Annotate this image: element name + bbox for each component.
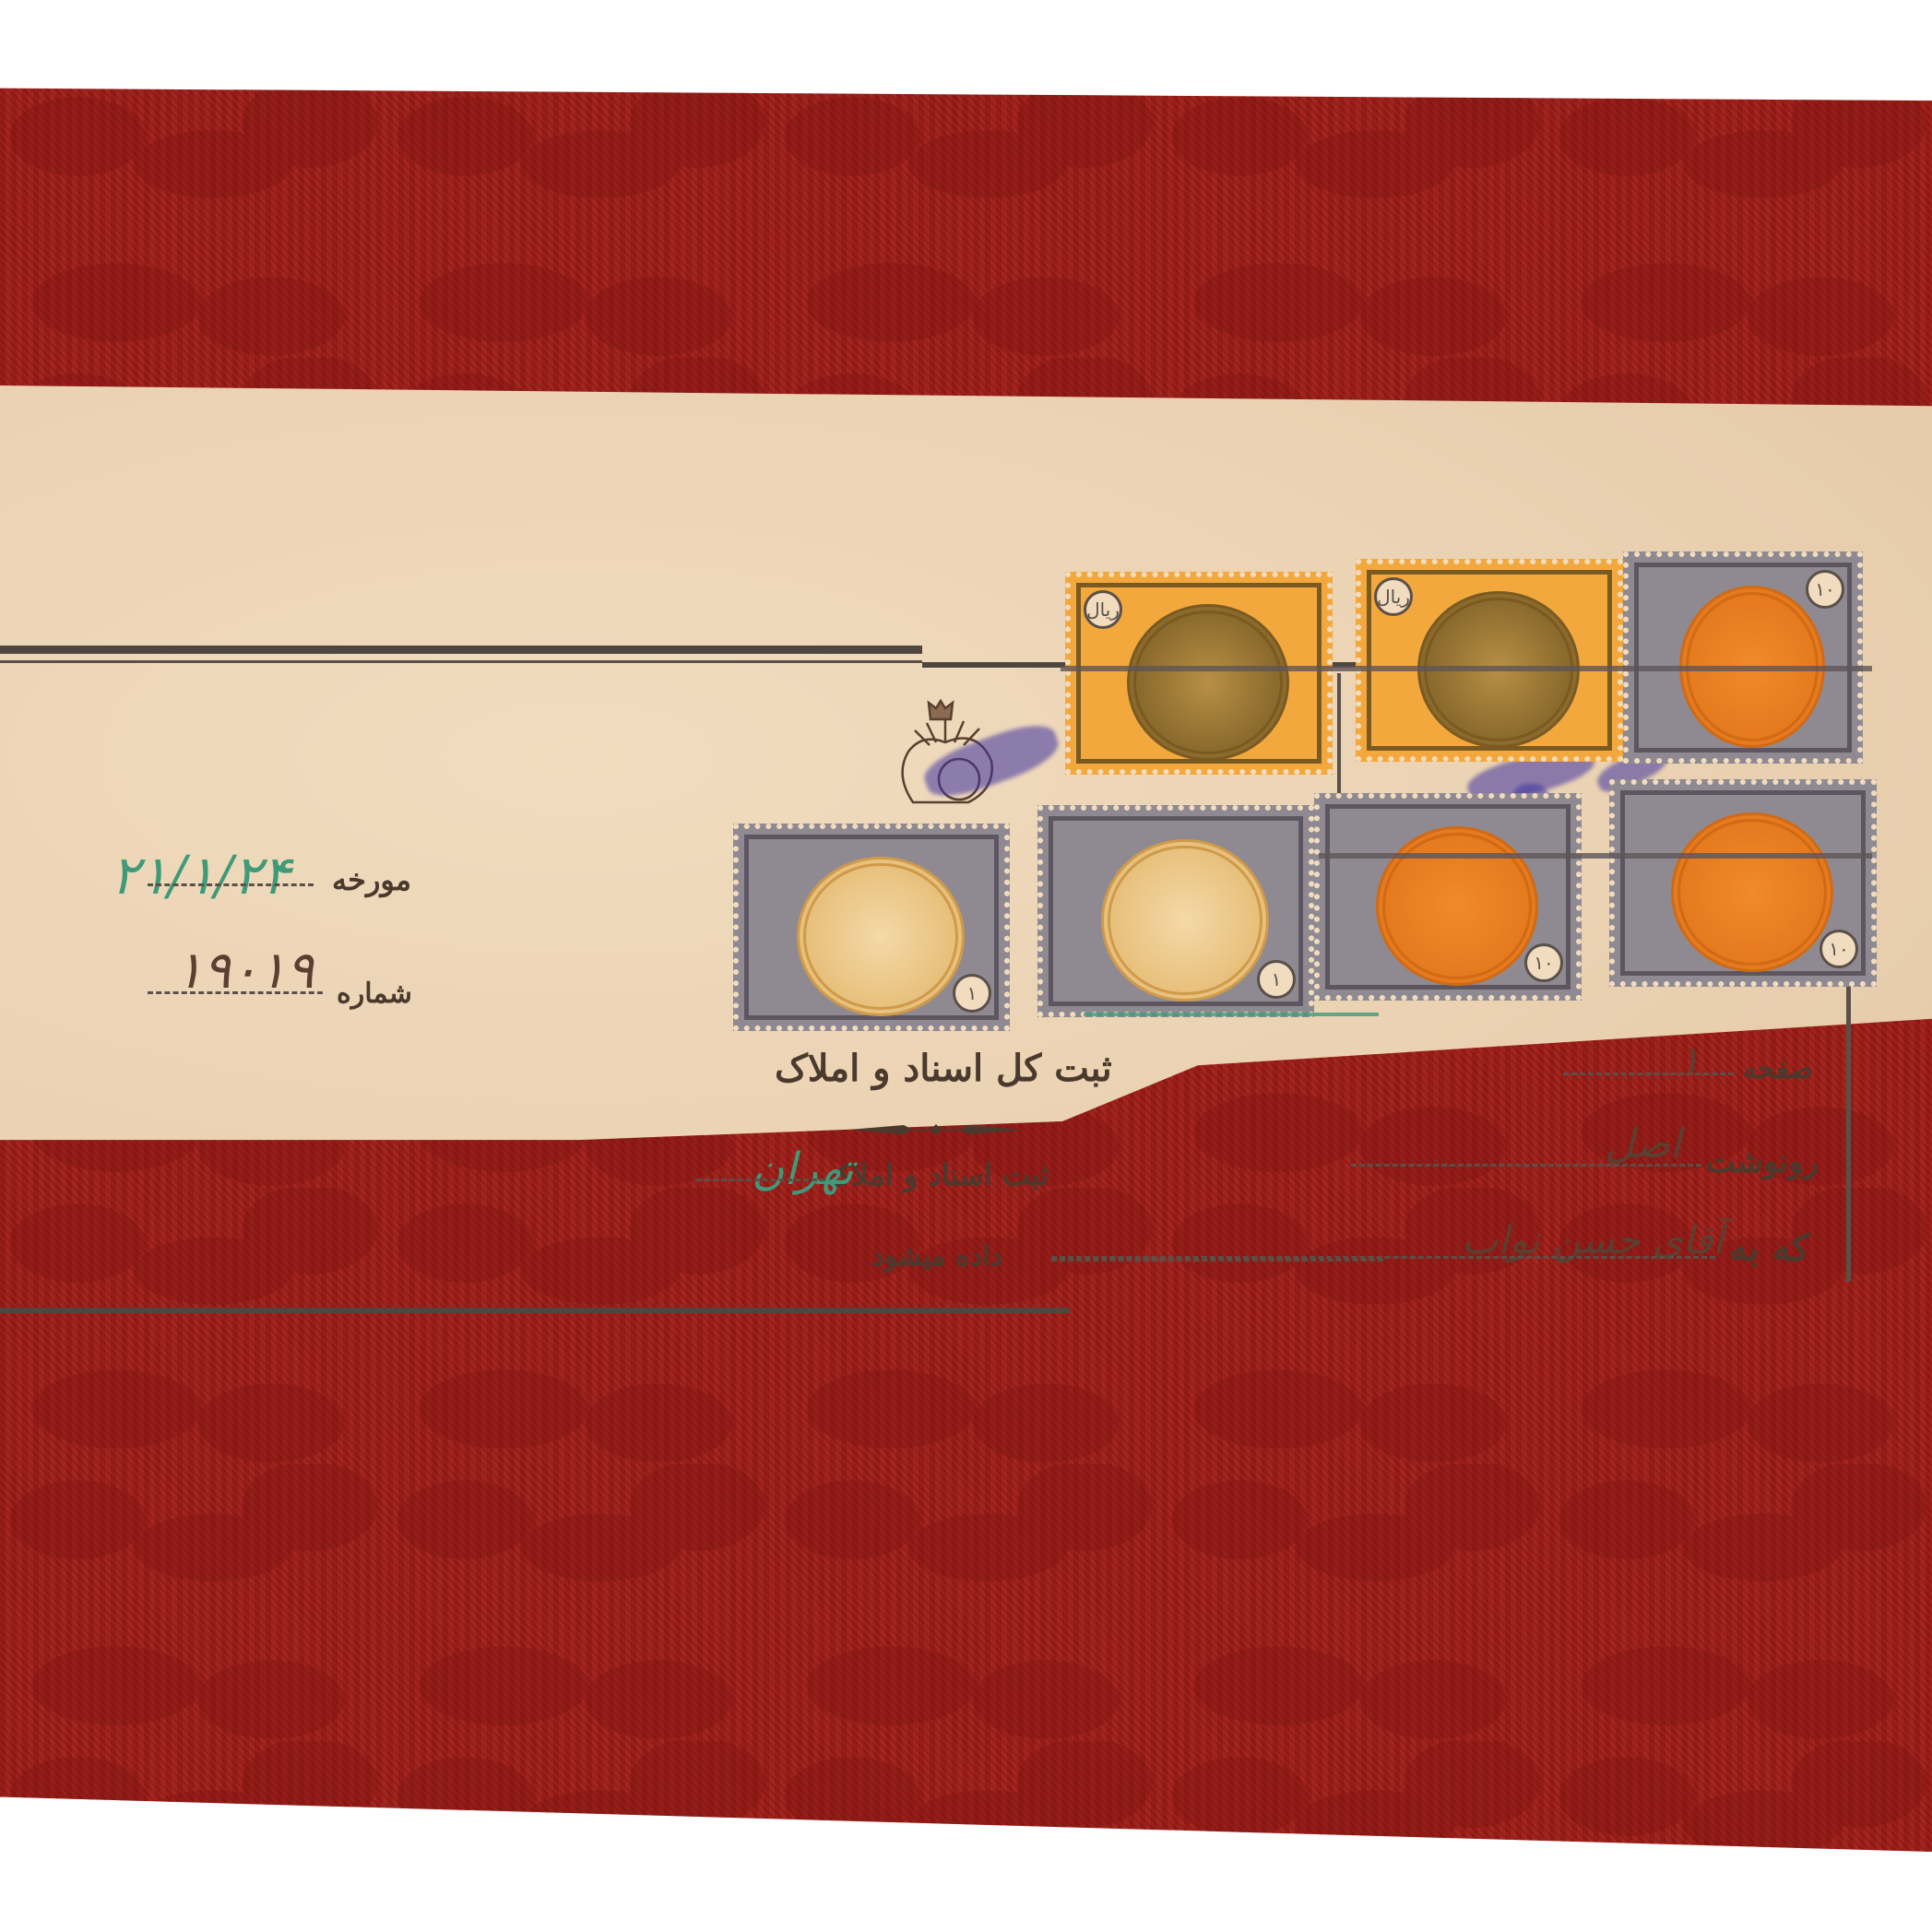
recipient-dotted-line xyxy=(1051,1256,1715,1259)
recipient-label: که به xyxy=(1729,1227,1809,1270)
revenue-stamp: ۱ xyxy=(1037,805,1314,1017)
office-dotted-line xyxy=(696,1179,825,1181)
revenue-stamp: ۱۰ xyxy=(1314,793,1582,1001)
revenue-stamp: ریال xyxy=(1356,559,1623,762)
green-ink-line xyxy=(1084,1013,1379,1016)
number-dotted-line xyxy=(148,991,323,994)
ornament-divider-icon xyxy=(848,1120,1024,1139)
revenue-stamp: ۱۰ xyxy=(1623,551,1863,764)
office-label: ثبت اسناد و املاک xyxy=(825,1157,1049,1192)
number-label: شماره xyxy=(337,978,412,1010)
bottom-rule xyxy=(0,1308,1070,1313)
right-vertical-rule xyxy=(1846,978,1851,1282)
page-dotted-line xyxy=(1563,1073,1734,1075)
date-value: ۲۱/۱/۲۴ xyxy=(111,844,290,907)
cancel-line xyxy=(1319,853,1872,859)
page-label: صفحه xyxy=(1743,1053,1813,1085)
revenue-stamp: ۱۰ xyxy=(1609,779,1877,987)
given-label: داده میشود xyxy=(871,1240,1002,1273)
copy-value: اصل xyxy=(1605,1120,1681,1167)
office-city-value: تهران xyxy=(752,1144,854,1195)
mid-vertical-rule xyxy=(1337,673,1341,793)
top-rule-thin xyxy=(0,660,922,663)
top-rule xyxy=(0,646,922,654)
date-label: مورخه xyxy=(332,862,411,897)
copy-label: رونوشت xyxy=(1706,1144,1819,1180)
revenue-stamp: ریال xyxy=(1065,572,1333,775)
revenue-stamp: ۱ xyxy=(733,824,1010,1031)
copy-dotted-line xyxy=(1351,1164,1701,1167)
given-dotted-line xyxy=(1051,1259,1383,1262)
cancel-line xyxy=(1061,666,1872,671)
date-dotted-line xyxy=(148,883,314,886)
page-value: ۱ xyxy=(1678,1037,1701,1085)
office-heading: ثبت کل اسناد و املاک xyxy=(775,1047,1112,1090)
